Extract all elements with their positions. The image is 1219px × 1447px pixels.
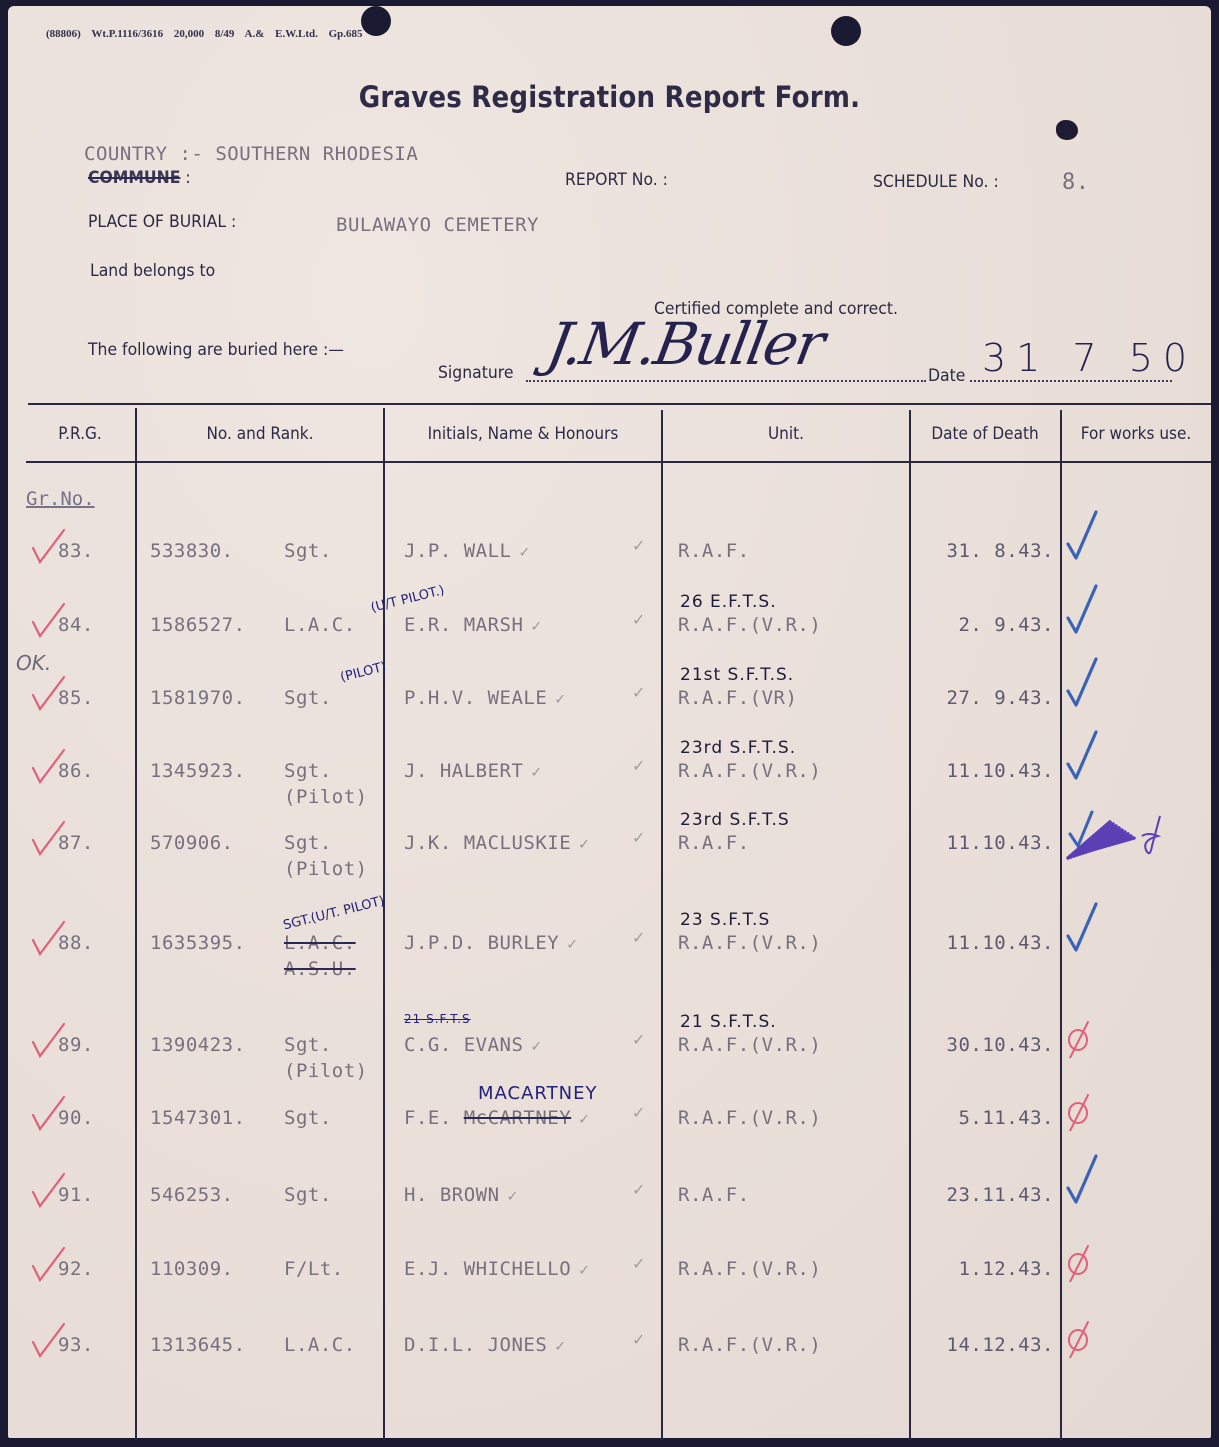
service-number: 570906. [150, 832, 234, 854]
grave-number: 91. [58, 1184, 94, 1206]
table-top-rule [28, 403, 1211, 405]
name: H. BROWN✓ [404, 1184, 518, 1206]
land-belongs-label: Land belongs to [90, 261, 215, 281]
red-null-symbol-icon [1062, 1077, 1122, 1131]
blue-check-icon [1062, 902, 1122, 956]
signature: J.M.Buller [542, 310, 828, 378]
country-label: COUNTRY :- [84, 143, 203, 165]
rank: Sgt. [284, 1184, 332, 1206]
rank-line-2: (Pilot) [284, 858, 368, 880]
place-of-burial-label: PLACE OF BURIAL : [88, 212, 236, 232]
date-of-death: 31. 8.43. [914, 540, 1054, 562]
name: J.P.D. BURLEY✓ [404, 932, 577, 954]
unit: R.A.F.(V.R.) [678, 1034, 821, 1056]
pencil-check-icon: ✓ [579, 1109, 589, 1128]
unit: R.A.F.(V.R.) [678, 760, 821, 782]
pencil-check-icon: ✓ [632, 1030, 645, 1049]
service-number: 1635395. [150, 932, 246, 954]
name: E.J. WHICHELLO✓ [404, 1258, 589, 1280]
rank: Sgt. [284, 832, 332, 854]
rank: Sgt. [284, 540, 332, 562]
place-of-burial-value: BULAWAYO CEMETERY [336, 214, 539, 236]
name: P.H.V. WEALE✓ [404, 687, 565, 709]
table-row: 86.1345923.Sgt.(Pilot)J. HALBERT✓R.A.F.(… [0, 760, 1219, 820]
service-number: 110309. [150, 1258, 234, 1280]
schedule-no-label: SCHEDULE No. : [873, 172, 999, 192]
blue-check-icon [1062, 657, 1122, 711]
blue-check-icon [1062, 1154, 1122, 1208]
scribbled-out-mark-icon [1062, 806, 1182, 876]
grave-number: 84. [58, 614, 94, 636]
table-header-rule [26, 461, 1211, 463]
schedule-no-value: 8. [1062, 170, 1090, 195]
unit: R.A.F. [678, 832, 750, 854]
pencil-check-icon: ✓ [567, 934, 577, 953]
pencil-check-icon: ✓ [519, 542, 529, 561]
handwritten-name-note: 21 S.F.T.S [404, 1012, 471, 1026]
pencil-check-icon: ✓ [632, 610, 645, 629]
pencil-check-icon: ✓ [579, 834, 589, 853]
name: J.K. MACLUSKIE✓ [404, 832, 589, 854]
name: F.E. McCARTNEY✓ [404, 1107, 589, 1129]
column-header-unit: Unit. [678, 424, 894, 444]
service-number: 1390423. [150, 1034, 246, 1056]
grave-number: 89. [58, 1034, 94, 1056]
date-of-death: 1.12.43. [914, 1258, 1054, 1280]
rank-line-2: (Pilot) [284, 786, 368, 808]
commune-colon: : [185, 168, 190, 188]
commune-field: COMMUNE : [88, 168, 191, 188]
date-of-death: 11.10.43. [914, 832, 1054, 854]
signature-line [526, 380, 926, 382]
table-row: 84.1586527.L.A.C.(U/T PILOT.)E.R. MARSH✓… [0, 614, 1219, 674]
name: E.R. MARSH✓ [404, 614, 542, 636]
punch-hole [361, 6, 391, 36]
service-number: 1547301. [150, 1107, 246, 1129]
column-header-date-of-death: Date of Death [919, 424, 1050, 444]
date-label: Date [928, 366, 965, 386]
date-of-death: 2. 9.43. [914, 614, 1054, 636]
service-number: 1313645. [150, 1334, 246, 1356]
rank-line-2: (Pilot) [284, 1060, 368, 1082]
grave-number: 88. [58, 932, 94, 954]
rank: Sgt. [284, 1034, 332, 1056]
pencil-check-icon: ✓ [632, 683, 645, 702]
date-of-death: 23.11.43. [914, 1184, 1054, 1206]
red-null-symbol-icon [1062, 1304, 1122, 1358]
table-row: 89.1390423.Sgt.(Pilot)C.G. EVANS✓21 S.F.… [0, 1034, 1219, 1094]
grave-number: 92. [58, 1258, 94, 1280]
grave-number: 87. [58, 832, 94, 854]
date-of-death: 14.12.43. [914, 1334, 1054, 1356]
grave-number: 90. [58, 1107, 94, 1129]
form-title: Graves Registration Report Form. [61, 80, 1158, 114]
report-no-label: REPORT No. : [565, 170, 668, 190]
rank: Sgt. [284, 687, 332, 709]
grave-number-label: Gr.No. [26, 488, 95, 510]
handwritten-unit-note: 23rd S.F.T.S. [680, 738, 796, 758]
date-line [970, 380, 1172, 382]
table-row: 90.1547301.Sgt.F.E. McCARTNEY✓MACARTNEYR… [0, 1107, 1219, 1167]
signature-label: Signature [438, 363, 513, 383]
country-field: COUNTRY :- SOUTHERN RHODESIA [84, 143, 418, 165]
column-header-prg: P.R.G. [35, 424, 125, 444]
rank-line-2: A.S.U. [284, 958, 356, 980]
column-header-name: Initials, Name & Honours [402, 424, 645, 444]
unit: R.A.F. [678, 540, 750, 562]
table-row: 83.533830.Sgt.J.P. WALL✓R.A.F.✓31. 8.43. [0, 540, 1219, 600]
prg-note: OK. [16, 651, 51, 675]
handwritten-name-note: MACARTNEY [478, 1083, 597, 1104]
pencil-check-icon: ✓ [555, 689, 565, 708]
blue-check-icon [1062, 510, 1122, 564]
unit: R.A.F.(V.R.) [678, 932, 821, 954]
punch-hole [831, 16, 861, 46]
unit: R.A.F.(V.R.) [678, 1107, 821, 1129]
pencil-check-icon: ✓ [555, 1336, 565, 1355]
handwritten-unit-note: 26 E.F.T.S. [680, 592, 777, 612]
date-of-death: 11.10.43. [914, 760, 1054, 782]
table-row: 93.1313645.L.A.C.D.I.L. JONES✓R.A.F.(V.R… [0, 1334, 1219, 1394]
ink-blot [1056, 120, 1078, 140]
handwritten-unit-note: 21st S.F.T.S. [680, 665, 794, 685]
grave-number: 86. [58, 760, 94, 782]
rank: L.A.C. [284, 932, 356, 954]
grave-number: 93. [58, 1334, 94, 1356]
table-row: 92.110309.F/Lt.E.J. WHICHELLO✓R.A.F.(V.R… [0, 1258, 1219, 1318]
date-of-death: 11.10.43. [914, 932, 1054, 954]
pencil-check-icon: ✓ [579, 1260, 589, 1279]
handwritten-unit-note: 23rd S.F.T.S [680, 810, 790, 830]
pencil-check-icon: ✓ [632, 1330, 645, 1349]
grave-number: 85. [58, 687, 94, 709]
rank: Sgt. [284, 760, 332, 782]
pencil-check-icon: ✓ [632, 1180, 645, 1199]
unit: R.A.F.(V.R.) [678, 1334, 821, 1356]
country-value: SOUTHERN RHODESIA [215, 143, 418, 165]
rank: L.A.C. [284, 1334, 356, 1356]
pencil-check-icon: ✓ [632, 928, 645, 947]
date-of-death: 5.11.43. [914, 1107, 1054, 1129]
name: C.G. EVANS✓ [404, 1034, 542, 1056]
unit: R.A.F. [678, 1184, 750, 1206]
unit: R.A.F.(V.R.) [678, 614, 821, 636]
grave-number: 83. [58, 540, 94, 562]
pencil-check-icon: ✓ [632, 756, 645, 775]
table-row: OK.85.1581970.Sgt.(PILOT)P.H.V. WEALE✓R.… [0, 687, 1219, 747]
rank: F/Lt. [284, 1258, 344, 1280]
pencil-check-icon: ✓ [632, 1254, 645, 1273]
pencil-check-icon: ✓ [531, 1036, 541, 1055]
name: J.P. WALL✓ [404, 540, 530, 562]
service-number: 1581970. [150, 687, 246, 709]
rank: L.A.C. [284, 614, 356, 636]
pencil-check-icon: ✓ [632, 1103, 645, 1122]
date-of-death: 27. 9.43. [914, 687, 1054, 709]
red-null-symbol-icon [1062, 1228, 1122, 1282]
table-row: 91.546253.Sgt.H. BROWN✓R.A.F.✓23.11.43. [0, 1184, 1219, 1244]
pencil-check-icon: ✓ [632, 828, 645, 847]
name: J. HALBERT✓ [404, 760, 542, 782]
date-of-death: 30.10.43. [914, 1034, 1054, 1056]
commune-label: COMMUNE [88, 168, 180, 188]
struck-name: McCARTNEY [464, 1107, 571, 1129]
pencil-check-icon: ✓ [531, 762, 541, 781]
unit: R.A.F.(VR) [678, 687, 797, 709]
name: D.I.L. JONES✓ [404, 1334, 565, 1356]
pencil-check-icon: ✓ [508, 1186, 518, 1205]
red-null-symbol-icon [1062, 1004, 1122, 1058]
table-row: 88.1635395.L.A.C.A.S.U.SGT.(U/T. PILOT)J… [0, 932, 1219, 992]
pencil-check-icon: ✓ [632, 536, 645, 555]
table-row: 87.570906.Sgt.(Pilot)J.K. MACLUSKIE✓R.A.… [0, 832, 1219, 892]
service-number: 1586527. [150, 614, 246, 636]
unit: R.A.F.(V.R.) [678, 1258, 821, 1280]
handwritten-unit-note: 21 S.F.T.S. [680, 1012, 777, 1032]
signature-date: 31 7 50 [982, 336, 1197, 380]
rank: Sgt. [284, 1107, 332, 1129]
blue-check-icon [1062, 584, 1122, 638]
service-number: 546253. [150, 1184, 234, 1206]
pencil-check-icon: ✓ [531, 616, 541, 635]
buried-here-label: The following are buried here :— [88, 340, 344, 360]
service-number: 1345923. [150, 760, 246, 782]
blue-check-icon [1062, 730, 1122, 784]
column-header-works-use: For works use. [1069, 424, 1202, 444]
column-header-no-rank: No. and Rank. [152, 424, 368, 444]
printer-imprint: (88806) Wt.P.1116/3616 20,000 8/49 A.& E… [46, 28, 363, 40]
service-number: 533830. [150, 540, 234, 562]
handwritten-unit-note: 23 S.F.T.S [680, 910, 770, 930]
